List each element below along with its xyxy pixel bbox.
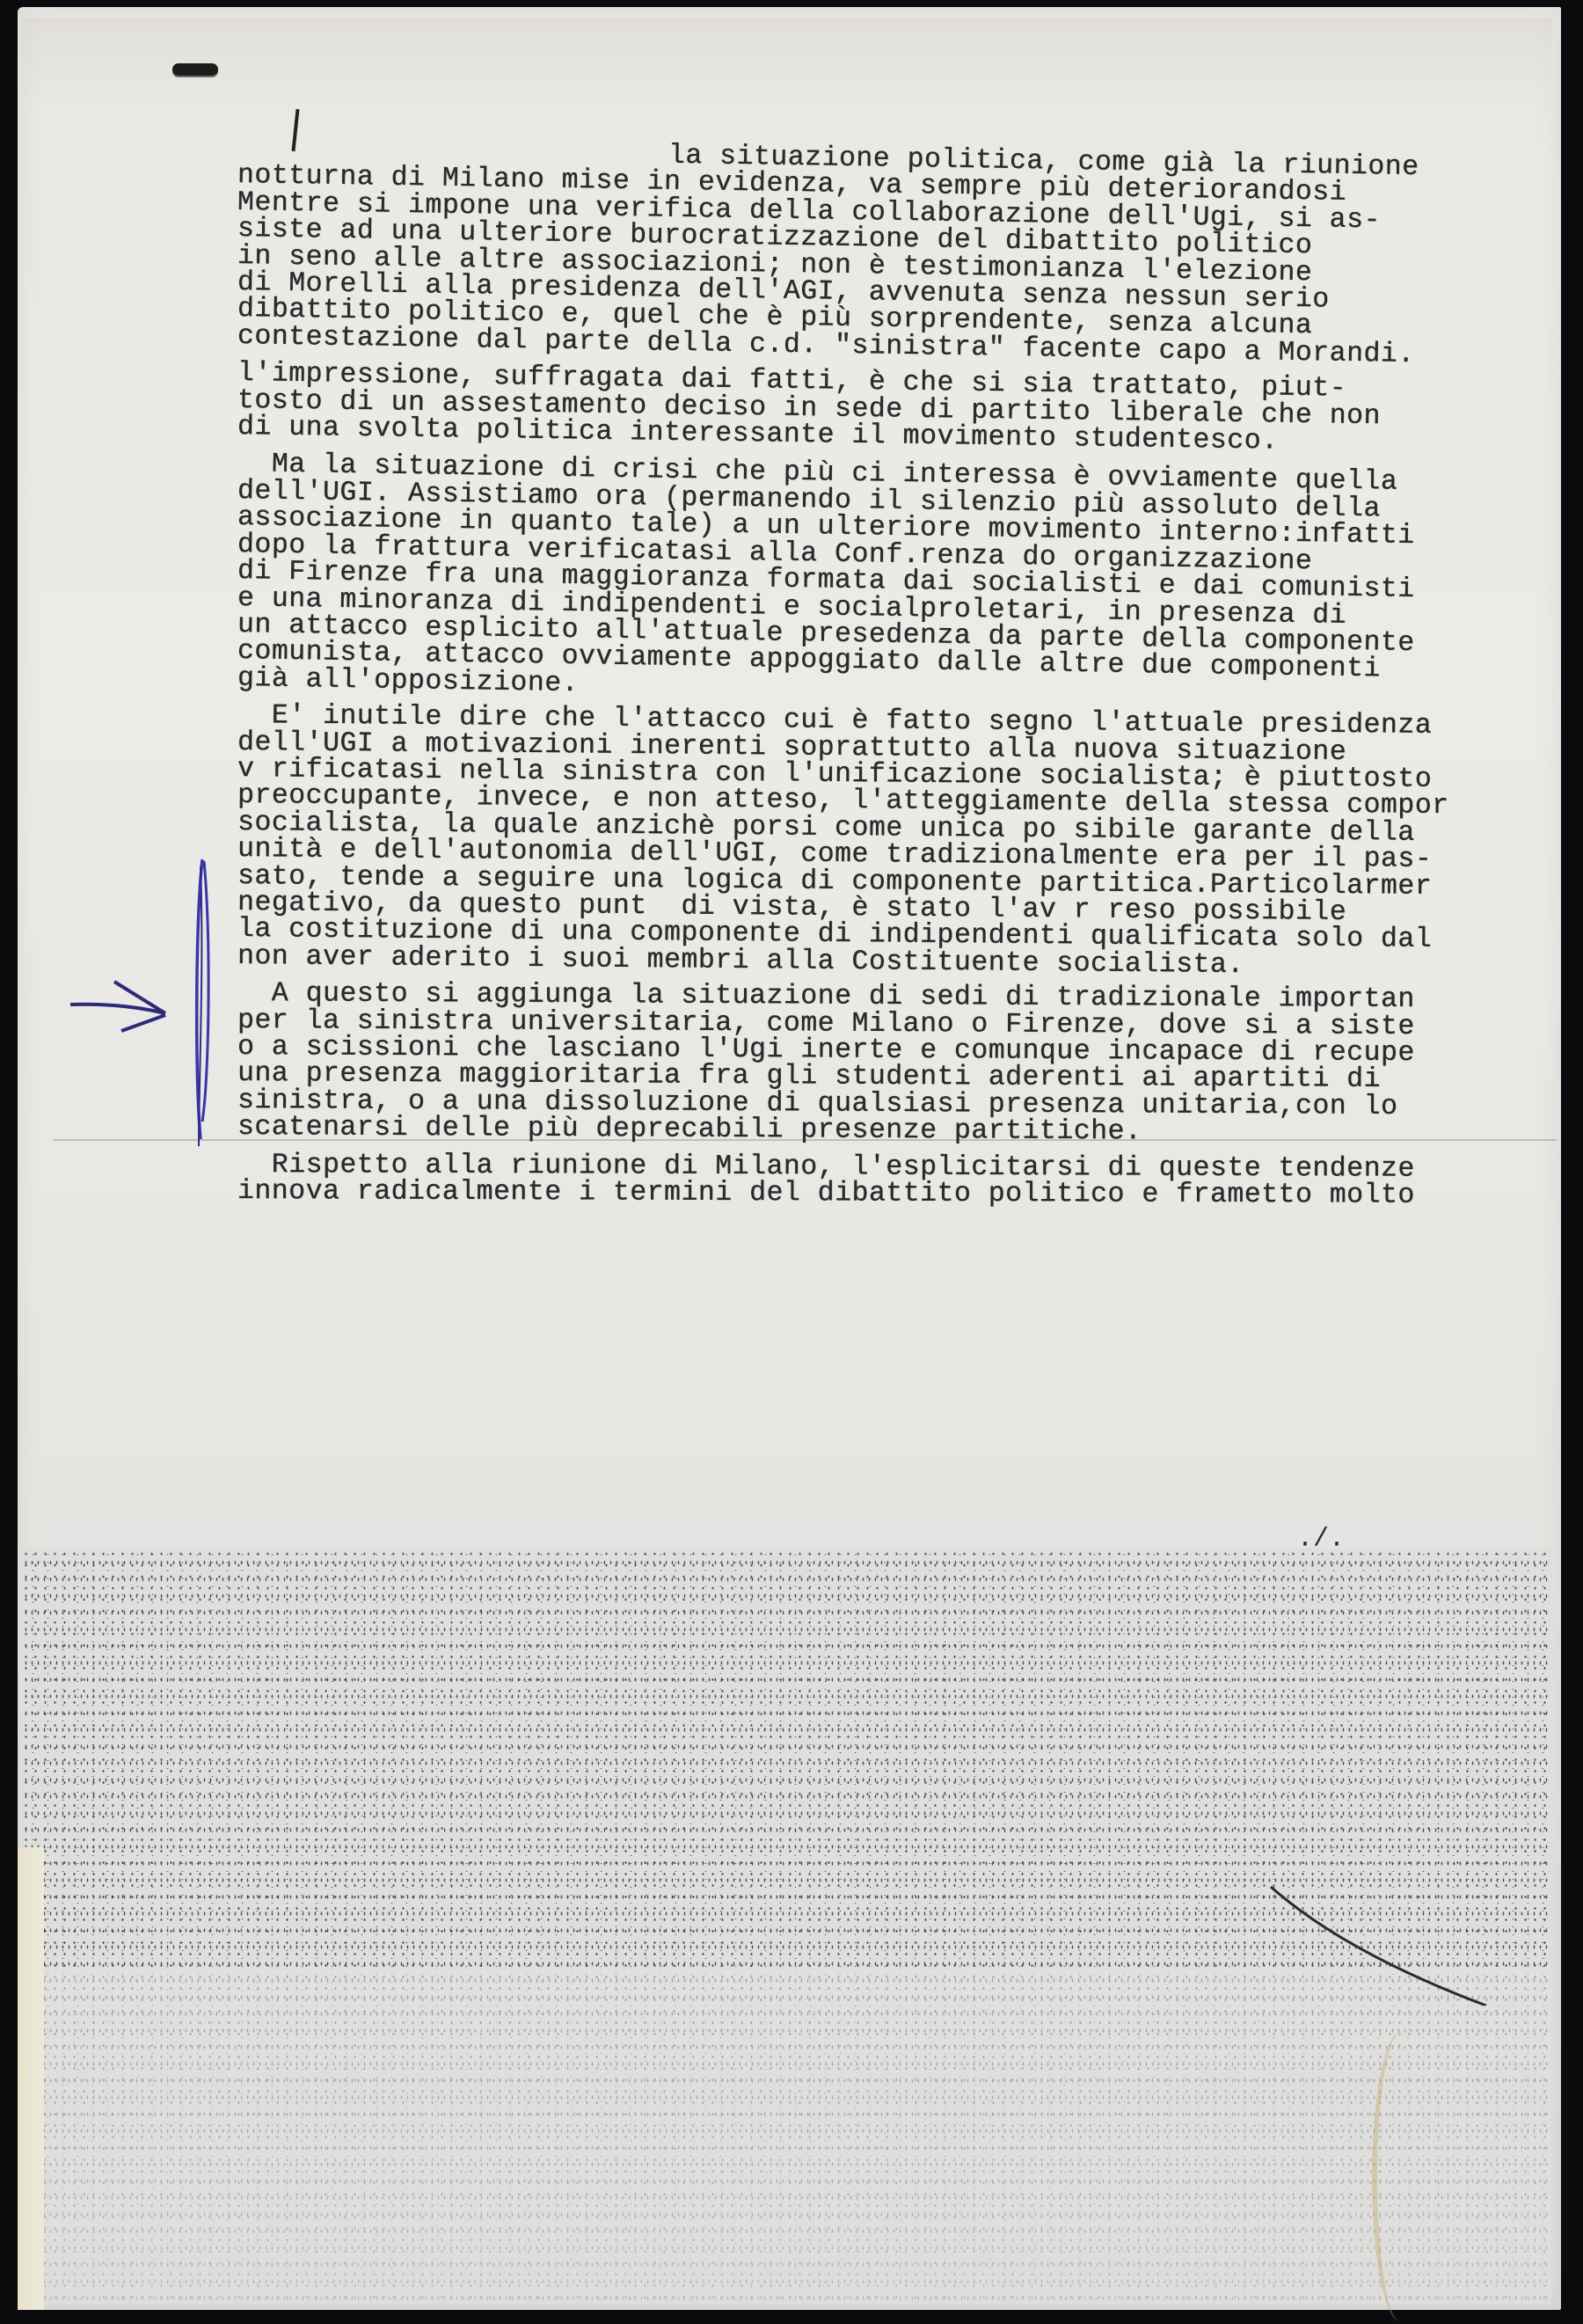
typewritten-body: la situazione politica, come già la riun… (237, 136, 1557, 1216)
paragraph-3: Ma la situazione di crisi che più ci int… (237, 451, 1557, 692)
margin-arrow-icon (69, 976, 174, 1038)
ink-curve-mark (1266, 1882, 1495, 2006)
top-fold-shadow (21, 18, 1551, 114)
margin-double-line-icon (192, 858, 215, 1148)
paragraph-2: l'impressione, suffragata dai fatti, è c… (237, 361, 1557, 441)
rust-stain (1372, 2032, 1430, 2322)
continuation-mark: ./. (1297, 1524, 1345, 1554)
text-line: scatenarsi delle più deprecabili presenz… (237, 1114, 1557, 1148)
scanned-document: la situazione politica, come già la riun… (0, 0, 1583, 2324)
paragraph-4: E' inutile dire che l'attacco cui è fatt… (237, 703, 1557, 970)
paragraph-1: la situazione politica, come già la riun… (237, 136, 1557, 350)
paragraph-5: A questo si aggiunga la situazione di se… (237, 981, 1557, 1141)
text-line: innova radicalmente i termini del dibatt… (237, 1179, 1557, 1210)
paper-edge (18, 1847, 44, 2310)
paragraph-6: Rispetto alla riunione di Milano, l'espl… (237, 1152, 1557, 1206)
staple-hole-mark (172, 63, 218, 76)
